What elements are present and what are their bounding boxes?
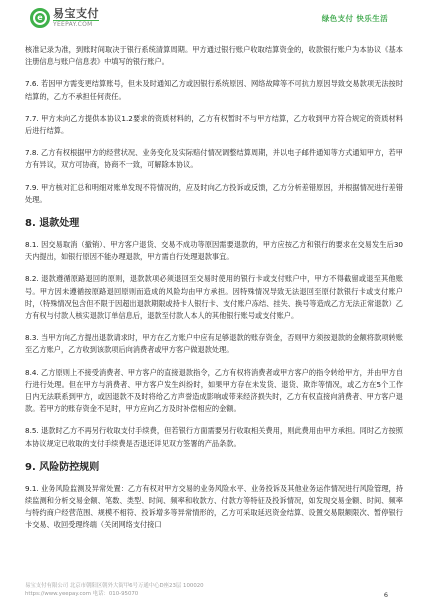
yeepay-logo: e 易宝支付 YEEPAY.COM (30, 6, 99, 30)
logo-english-name: YEEPAY.COM (53, 20, 99, 28)
paragraph-7-7: 7.7. 甲方未向乙方提供本协议1.2要求的资质材料的，乙方有权暂时不与甲方结算… (25, 113, 403, 137)
paragraph-8-2: 8.2. 退款遵循原路退回的原则，退款款项必须退回至交易时使用的银行卡或支付账户… (25, 273, 403, 322)
paragraph-7-5-continued: 核准记录为准，到账时间取决于银行系统清算周期。甲方通过银行账户收取结算资金的，收… (25, 44, 403, 68)
header-slogan: 绿色支付 快乐生活 (322, 13, 388, 24)
yeepay-logo-icon: e (30, 8, 50, 28)
logo-text: 易宝支付 YEEPAY.COM (53, 8, 99, 28)
paragraph-7-8: 7.8. 乙方有权根据甲方的经营状况、业务变化及实际赔付情况调整结算周期，并以电… (25, 147, 403, 171)
section-heading-refund: 8. 退款处理 (25, 218, 403, 230)
page-footer: 易宝支付有限公司 北京市朝阳区朝外大街甲6号万通中心D座23层 100020 h… (25, 583, 403, 598)
paragraph-9-1: 9.1. 业务风险监测及异常处置：乙方有权对甲方交易的业务风险水平、业务投诉及其… (25, 483, 403, 532)
paragraph-7-9: 7.9. 甲方核对汇总和明细对账单发现不符情况的，应及时向乙方投诉或反馈，乙方分… (25, 182, 403, 206)
paragraph-8-4: 8.4. 乙方原则上不接受消费者、甲方客户的直接退款指令，乙方有权将消费者或甲方… (25, 367, 403, 416)
section-heading-risk-control: 9. 风险防控规则 (25, 462, 403, 474)
document-body: 核准记录为准，到账时间取决于银行系统清算周期。甲方通过银行账户收取结算资金的，收… (25, 44, 403, 542)
document-page: e 易宝支付 YEEPAY.COM 绿色支付 快乐生活 核准记录为准，到账时间取… (0, 0, 428, 606)
footer-company-address: 易宝支付有限公司 北京市朝阳区朝外大街甲6号万通中心D座23层 100020 (25, 583, 403, 591)
paragraph-7-6: 7.6. 若因甲方需变更结算账号，但未及时通知乙方或因银行系统原因、网络故障等不… (25, 78, 403, 102)
paragraph-8-5: 8.5. 退款时乙方不再另行收取支付手续费，但若银行方面需要另行收取相关费用，则… (25, 425, 403, 449)
page-number: 6 (384, 591, 388, 599)
paragraph-8-3: 8.3. 当甲方向乙方提出退款请求时，甲方在乙方账户中应有足够退款的账存资金，否… (25, 332, 403, 356)
logo-mark-letter: e (35, 13, 45, 23)
paragraph-8-1: 8.1. 因交易取消（撤销）、甲方客户退货、交易不成功等原因需要退款的，甲方应按… (25, 239, 403, 263)
footer-website-phone: https://www.yeepay.com 电话：010-95070 (25, 591, 403, 599)
page-header: e 易宝支付 YEEPAY.COM 绿色支付 快乐生活 (30, 4, 402, 30)
logo-chinese-name: 易宝支付 (53, 8, 99, 19)
